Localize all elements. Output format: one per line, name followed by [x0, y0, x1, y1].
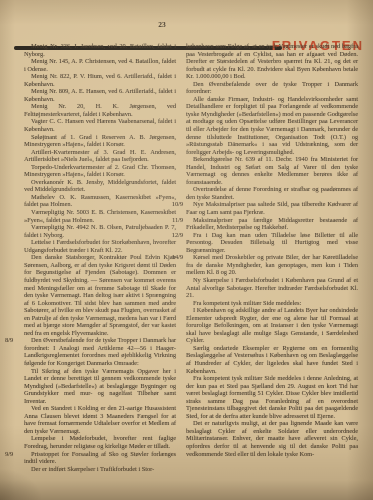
log-entry: Det er naturligvis muligt, at der paa li… [186, 420, 358, 458]
entry-date: 11/9 [165, 217, 183, 225]
log-entry: Menig Nr. 145, A. P. Christensen, ved 4.… [24, 58, 176, 73]
right-column: københavn som Følge af, at en tysk Vagtm… [186, 43, 358, 473]
entry-text: Den Øverstbefalende over de tyske Troppe… [186, 81, 358, 96]
log-entry: 14/9Kørsel med Droskebiler og private Bi… [186, 254, 358, 277]
log-entry: Alle danske Firmaer, Industri- og Handel… [186, 96, 358, 156]
left-column: Menig Nr. 336, I. Jacobsen, ved 20. Bata… [24, 43, 176, 473]
log-entry: Værnepligtig Nr. 4942 N. B. Olsen, Patru… [24, 224, 176, 239]
entry-text: Fra i Dag kan man uden Tilladelse løse B… [186, 232, 358, 254]
log-entry: Menig Nr. 20, H. K. Jørgensen, ved Feltt… [24, 103, 176, 118]
log-entry: Overkanonér K. B. Jensby, Middelgrundsfo… [24, 179, 176, 194]
entry-text: Overkanonér K. B. Jensby, Middelgrundsfo… [24, 179, 176, 194]
entry-text: københavn som Følge af, at en tysk Vagtm… [186, 43, 358, 80]
entry-text: Torpedo-Underkvartermester af 2. Grad Ch… [24, 164, 176, 179]
log-entry: Den Øverstbefalende over de tyske Troppe… [186, 81, 358, 96]
entry-text: Værnepligtig Nr. 5003 E. B. Christensen,… [24, 209, 176, 224]
log-entry: 10/9Nye Maksimalpriser paa saltede Sild,… [186, 201, 358, 216]
log-entry: Ved en Standret i Kolding er den 21-aari… [24, 405, 176, 435]
log-entry: Der er indført Skærpelser i Trafikforbud… [24, 466, 176, 474]
log-entry: Lettelse i Færdselsforbudet for Storkøbe… [24, 239, 176, 254]
log-entry: Overtrædelse af denne Forordning er stra… [186, 186, 358, 201]
entry-text: Værnepligtig Nr. 4942 N. B. Olsen, Patru… [24, 224, 176, 239]
entry-text: Den danske Statsborger, Kontraktør Poul … [24, 254, 176, 336]
log-entry: Den danske Statsborger, Kontraktør Poul … [24, 254, 176, 337]
log-entry: Fra kompetent tysk militær Side meddeles… [186, 375, 358, 420]
entry-text: Menig Nr. 809, A. E. Hansen, ved 6. Arti… [24, 88, 176, 103]
log-entry: 12/9Fra i Dag kan man uden Tilladelse lø… [186, 232, 358, 255]
entry-text: Overtrædelse af denne Forordning er stra… [186, 186, 358, 201]
entry-text: Lempelse i Mødeforbudet, hvorefter rent … [24, 435, 176, 450]
log-entry: Ny Skærpelse i Færdselsforbudet i Københ… [186, 277, 358, 300]
entry-text: Vagter C. C. Hansen ved Hærens Vaabenars… [24, 118, 176, 133]
log-entry: Vagter C. C. Hansen ved Hærens Vaabenars… [24, 118, 176, 133]
scanned-page: 23 FRIVAGTEN Menig Nr. 336, I. Jacobsen,… [0, 0, 373, 500]
entry-date: 9/9 [5, 451, 22, 459]
entry-text: Til Sikring af den tyske Værnemagts Opga… [24, 368, 176, 405]
entry-text: Maksimalpriser paa færdige Middagsretter… [186, 217, 358, 232]
log-entry: Værnepligtig Nr. 5003 E. B. Christensen,… [24, 209, 176, 224]
log-entry: Menig Nr. 809, A. E. Hansen, ved 6. Arti… [24, 88, 176, 103]
log-entry: Til Sikring af den tyske Værnemagts Opga… [24, 368, 176, 406]
log-entry: Menig Nr. 822, P. V. Hium, ved 6. Artill… [24, 73, 176, 88]
entry-date: 12/9 [165, 232, 183, 240]
log-entry: I København og adskillige andre af Lande… [186, 307, 358, 345]
entry-text: Søløjtnant af 1. Grad i Reserven A. B. J… [24, 134, 176, 149]
log-entry: 9/9Prisstoppet for Forsaaling af Sko og … [24, 451, 176, 466]
entry-text: Menig Nr. 822, P. V. Hium, ved 6. Artill… [24, 73, 176, 88]
entry-date: 10/9 [165, 201, 183, 209]
log-entry: Fra kompetent tysk militær Side meddeles… [186, 300, 358, 308]
log-entry: Lempelse i Mødeforbudet, hvorefter rent … [24, 435, 176, 450]
entry-text: Det er naturligvis muligt, at der paa li… [186, 420, 358, 457]
entry-text: Mathelev O. K. Rasmussen, Kaserneskibet … [24, 194, 176, 209]
entry-text: Prisstoppet for Forsaaling af Sko og Stø… [24, 451, 176, 466]
entry-text: Menig Nr. 145, A. P. Christensen, ved 4.… [24, 58, 176, 73]
entry-text: Fra kompetent tysk militær Side meddeles… [186, 375, 358, 420]
entry-text: Kørsel med Droskebiler og private Biler,… [186, 254, 358, 276]
entry-text: Artilleri-Kvartermester af 3. Grad H. E.… [24, 149, 176, 164]
text-columns: Menig Nr. 336, I. Jacobsen, ved 20. Bata… [24, 43, 358, 473]
entry-text: Ny Skærpelse i Færdselsforbudet i Københ… [186, 277, 358, 299]
log-entry: Bekendtgørelse Nr. 639 af 11. Decbr. 194… [186, 156, 358, 186]
log-entry: 11/9Maksimalpriser paa færdige Middagsre… [186, 217, 358, 232]
entry-text: Alle danske Firmaer, Industri- og Handel… [186, 96, 358, 156]
log-entry: københavn som Følge af, at en tysk Vagtm… [186, 43, 358, 81]
log-entry: Menig Nr. 336, I. Jacobsen, ved 20. Bata… [24, 43, 176, 58]
entry-text: Der er indført Skærpelser i Trafikforbud… [31, 466, 154, 473]
entry-text: Menig Nr. 336, I. Jacobsen, ved 20. Bata… [24, 43, 176, 58]
log-entry: Mathelev O. K. Rasmussen, Kaserneskibet … [24, 194, 176, 209]
log-entry: 8/9Den Øverstbefalende for de tyske Trop… [24, 337, 176, 367]
entry-text: Fra kompetent tysk militær Side meddeles… [193, 300, 301, 307]
entry-date: 8/9 [5, 337, 22, 345]
log-entry: Artilleri-Kvartermester af 3. Grad H. E.… [24, 149, 176, 164]
entry-text: Lettelse i Færdselsforbudet for Storkøbe… [24, 239, 176, 254]
entry-text: Særlig ondartede Eksempler er Rygterne o… [186, 345, 358, 375]
entry-text: Ved en Standret i Kolding er den 21-aari… [24, 405, 176, 435]
entry-text: I København og adskillige andre af Lande… [186, 307, 358, 344]
entry-text: Den Øverstbefalende for de tyske Tropper… [24, 337, 176, 367]
log-entry: Særlig ondartede Eksempler er Rygterne o… [186, 345, 358, 375]
page-number: 23 [148, 20, 176, 29]
log-entry: Søløjtnant af 1. Grad i Reserven A. B. J… [24, 134, 176, 149]
entry-text: Menig Nr. 20, H. K. Jørgensen, ved Feltt… [24, 103, 176, 118]
entry-text: Bekendtgørelse Nr. 639 af 11. Decbr. 194… [186, 156, 358, 186]
entry-date: 14/9 [165, 254, 183, 262]
log-entry: Torpedo-Underkvartermester af 2. Grad Ch… [24, 164, 176, 179]
entry-text: Nye Maksimalpriser paa saltede Sild, paa… [186, 201, 358, 216]
